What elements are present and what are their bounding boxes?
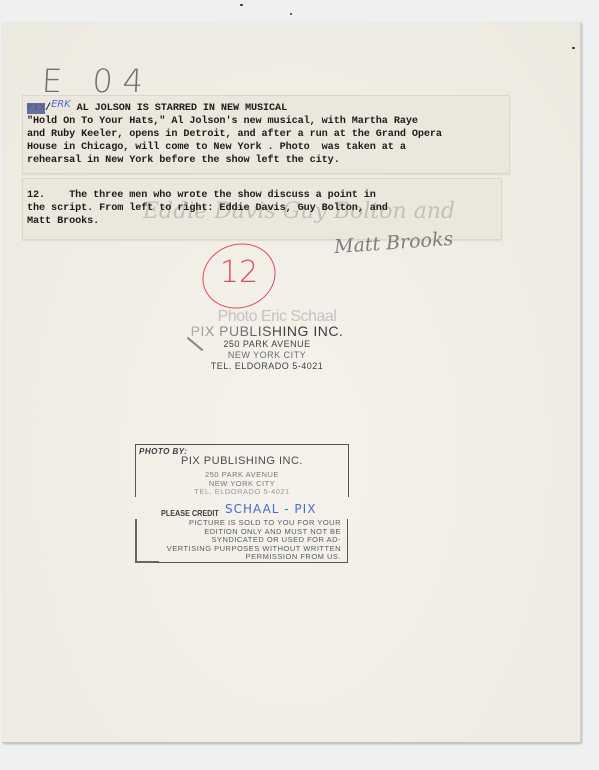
usage-terms: PICTURE IS SOLD TO YOU FOR YOUR EDITION … (157, 519, 348, 563)
caption-text-1: PIX/ERK AL JOLSON IS STARRED IN NEW MUSI… (27, 101, 442, 167)
caption-slip-headline: PIX/ERK AL JOLSON IS STARRED IN NEW MUSI… (22, 95, 510, 174)
stamp-rule (135, 561, 159, 563)
stamp-company: PIX PUBLISHING INC. (135, 455, 349, 467)
credit-label: PLEASE CREDIT (161, 508, 219, 518)
circled-number: 12 (194, 234, 284, 318)
stamp-address: 250 PARK AVENUE (182, 339, 352, 350)
caption-line: 12. The three men who wrote the show dis… (27, 190, 376, 201)
dust-speck (572, 47, 575, 49)
struck-word: PIX (27, 103, 45, 114)
credit-stamp: PHOTO BY: PIX PUBLISHING INC. 250 PARK A… (135, 444, 349, 564)
credit-value: SCHAAL - PIX (225, 502, 316, 516)
caption-line: and Ruby Keeler, opens in Detroit, and a… (27, 129, 442, 140)
headline: AL JOLSON IS STARRED IN NEW MUSICAL (77, 103, 287, 114)
caption-line: "Hold On To Your Hats," Al Jolson's new … (27, 116, 418, 127)
photo-back-sheet: E 04 PIX/ERK AL JOLSON IS STARRED IN NEW… (2, 22, 581, 743)
circled-number-text: 12 (220, 255, 258, 290)
dust-speck (290, 13, 292, 15)
stamp-address: 250 PARK AVENUE (135, 470, 349, 479)
caption-line: Matt Brooks. (27, 216, 99, 227)
stamp-city: NEW YORK CITY (182, 350, 352, 361)
caption-text-2: 12. The three men who wrote the show dis… (27, 189, 388, 228)
stamp-company: PIX PUBLISHING INC. (182, 323, 352, 339)
terms-line: PERMISSION FROM US. (157, 553, 347, 562)
stamp-phone: TEL. ELDORADO 5-4021 (182, 361, 352, 372)
erk-annotation: ERK (51, 99, 71, 110)
publisher-stamp: Photo Eric Schaal PIX PUBLISHING INC. 25… (182, 308, 352, 372)
dust-speck (240, 4, 243, 6)
caption-line: the script. From left to right: Eddie Da… (27, 203, 388, 214)
caption-line: rehearsal in New York before the show le… (27, 155, 340, 166)
stamp-rule (135, 519, 137, 562)
stamp-phone: TEL. ELDORADO 5-4021 (135, 487, 349, 496)
caption-line: House in Chicago, will come to New York … (27, 142, 406, 153)
